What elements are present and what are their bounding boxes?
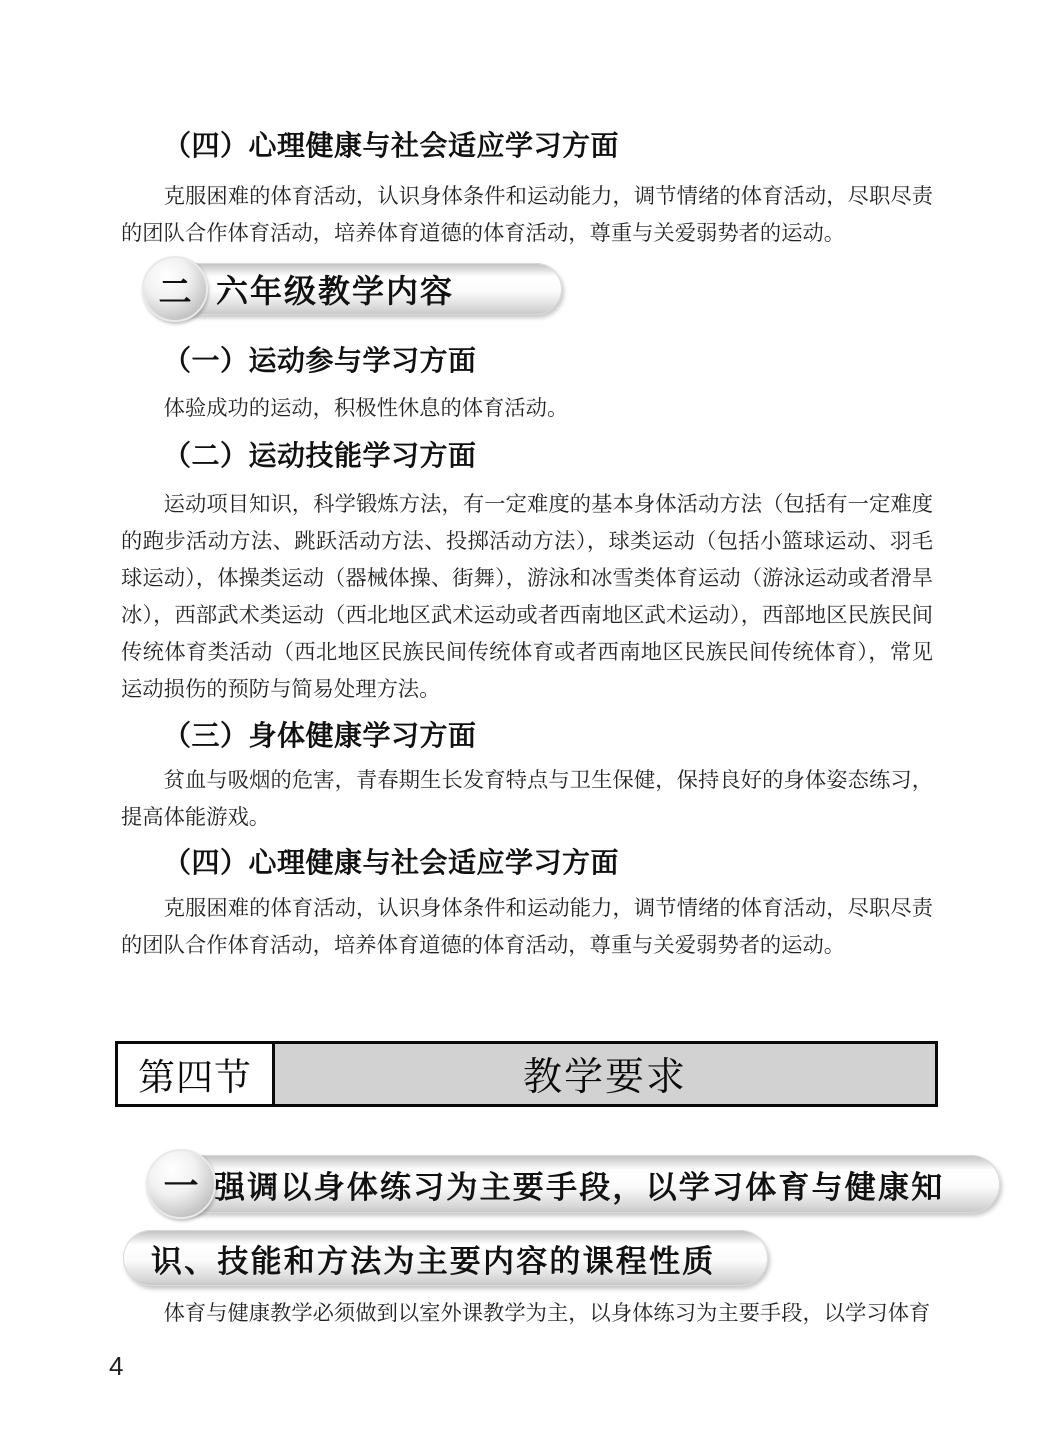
- page-number: 4: [109, 1351, 123, 1382]
- grade6-content-badge: 六年级教学内容 二: [142, 256, 522, 326]
- subsection-heading-participation: （一）运动参与学习方面: [163, 339, 477, 379]
- subsection-heading-physical-health: （三）身体健康学习方面: [163, 714, 477, 754]
- subsection-heading-psych-bottom: （四）心理健康与社会适应学习方面: [163, 841, 619, 881]
- requirement1-badge-text-line1: 强调以身体练习为主要手段，以学习体育与健康知: [162, 1155, 1000, 1213]
- body-paragraph-participation: 体验成功的运动，积极性休息的体育活动。: [121, 390, 933, 427]
- subsection-heading-skills: （二）运动技能学习方面: [163, 434, 477, 474]
- section-number-box: 第四节: [115, 1041, 275, 1107]
- requirement1-badge-line1: 强调以身体练习为主要手段，以学习体育与健康知 一: [146, 1149, 956, 1221]
- body-paragraph-physical-health: 贫血与吸烟的危害，青春期生长发育特点与卫生保健，保持良好的身体姿态练习，提高体能…: [121, 762, 933, 836]
- body-paragraph-psych-bottom: 克服困难的体育活动，认识身体条件和运动能力，调节情绪的体育活动，尽职尽责的团队合…: [121, 890, 933, 964]
- body-paragraph-skills: 运动项目知识，科学锻炼方法，有一定难度的基本身体活动方法（包括有一定难度的跑步活…: [121, 486, 933, 708]
- section-banner: 第四节 教学要求: [115, 1041, 938, 1107]
- body-paragraph-psych-top: 克服困难的体育活动，认识身体条件和运动能力，调节情绪的体育活动，尽职尽责的团队合…: [121, 178, 933, 252]
- grade6-badge-number-ball: 二: [142, 256, 208, 322]
- document-page: （四）心理健康与社会适应学习方面 克服困难的体育活动，认识身体条件和运动能力，调…: [0, 0, 1038, 1452]
- section-title-box: 教学要求: [272, 1041, 938, 1107]
- requirement1-badge-line2: 识、技能和方法为主要内容的课程性质: [123, 1230, 743, 1288]
- requirement1-badge-text-line2: 识、技能和方法为主要内容的课程性质: [123, 1230, 768, 1286]
- body-paragraph-closing: 体育与健康教学必须做到以室外课教学为主，以身体练习为主要手段，以学习体育: [121, 1295, 933, 1332]
- grade6-badge-label: 六年级教学内容: [156, 263, 562, 315]
- requirement1-badge-number-ball: 一: [146, 1149, 216, 1219]
- subsection-heading-psych-top: （四）心理健康与社会适应学习方面: [163, 124, 619, 164]
